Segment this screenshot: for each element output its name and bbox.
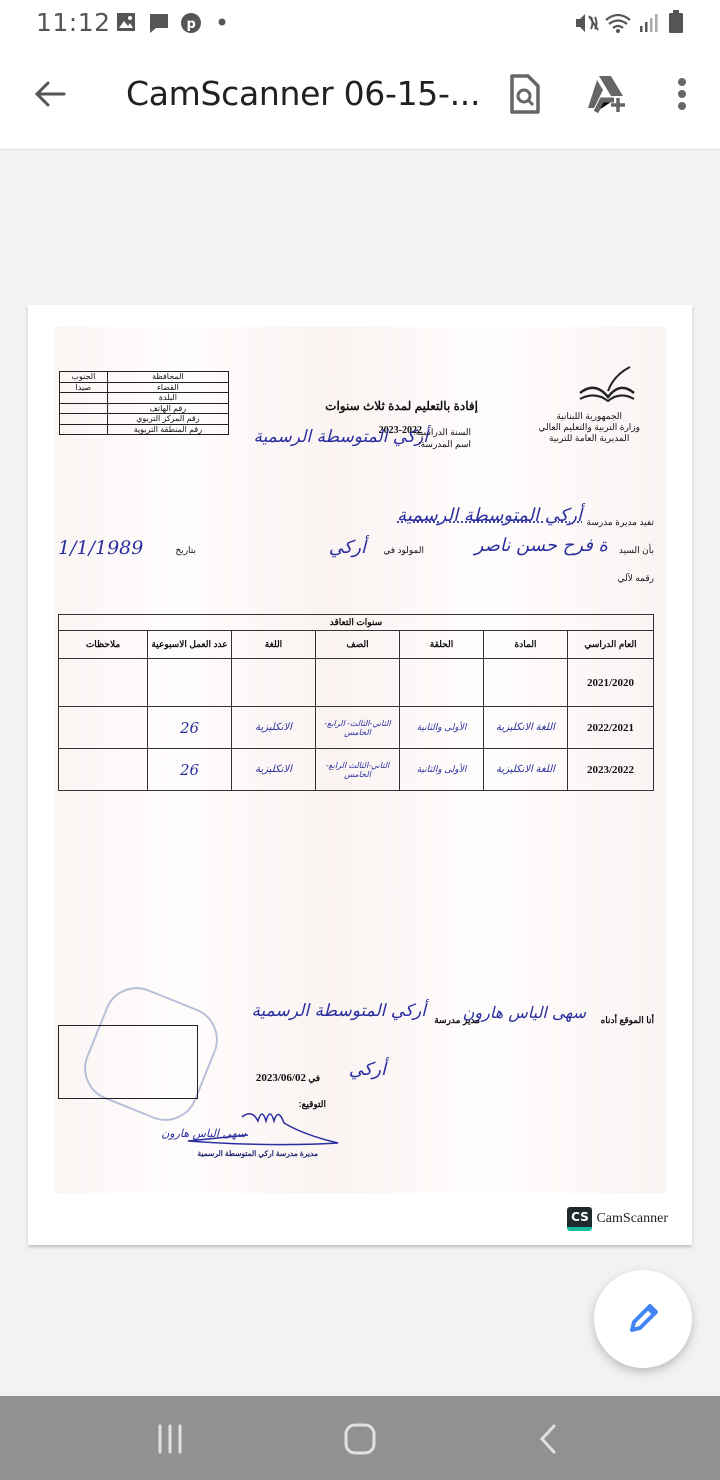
- edit-fab-button[interactable]: [594, 1270, 692, 1368]
- cell-language: الانكليزية: [232, 707, 316, 749]
- camscanner-logo-icon: CS: [567, 1207, 592, 1231]
- signer-label: أنا الموقع أدناه: [601, 1015, 654, 1026]
- born-in-label: المولود في: [383, 545, 424, 556]
- director-label: مدير مدرسة: [434, 1015, 480, 1026]
- col-header: اللغة: [232, 631, 316, 659]
- cell-language: [232, 659, 316, 707]
- col-header: عدد العمل الاسبوعية: [148, 631, 232, 659]
- status-time: 11:12: [36, 8, 111, 37]
- home-icon[interactable]: [342, 1422, 378, 1456]
- signature-scribble: [182, 1099, 372, 1149]
- cell-hours: 26: [148, 707, 232, 749]
- certificate-title: إفادة بالتعليم لمدة ثلاث سنوات: [325, 399, 478, 413]
- cell-year: 2023/2022: [568, 749, 654, 791]
- date-label: بتاريخ: [175, 545, 196, 556]
- info-value: [60, 424, 108, 435]
- cell-notes: [59, 707, 148, 749]
- mute-vibrate-icon: [574, 12, 600, 34]
- col-header: المادة: [484, 631, 568, 659]
- document-title: CamScanner 06-15-...: [126, 74, 480, 113]
- nav-back-icon[interactable]: [532, 1422, 562, 1456]
- signal-icon: [638, 12, 660, 34]
- cell-class: [316, 659, 400, 707]
- ministry-line-1: الجمهورية اللبنانية: [538, 411, 640, 422]
- cell-cycle: الأولى والثانية: [400, 707, 484, 749]
- ministry-logo-icon: [570, 365, 640, 405]
- wifi-icon: [604, 12, 632, 34]
- signature-title: مديرة مدرسة اركي المتوسطة الرسمية: [197, 1149, 318, 1158]
- table-row: 2023/2022 اللغة الانكليزية الأولى والثان…: [59, 749, 654, 791]
- document-viewer[interactable]: الجمهورية اللبنانية وزارة التربية والتعل…: [0, 151, 720, 1396]
- cell-class: الثاني-الثالث- الرابع-الخامس: [316, 707, 400, 749]
- place-value: أركي: [349, 1059, 386, 1080]
- contract-years-table: سنوات التعاقد العام الدراسي المادة الحلق…: [58, 614, 654, 791]
- cell-subject: [484, 659, 568, 707]
- info-label: المحافظة: [107, 372, 228, 383]
- status-bar: 11:12 p: [0, 0, 720, 46]
- battery-icon: [668, 10, 684, 34]
- ministry-header: الجمهورية اللبنانية وزارة التربية والتعل…: [538, 411, 640, 444]
- cell-hours: 26: [148, 749, 232, 791]
- info-value: [60, 414, 108, 425]
- gallery-icon: [116, 12, 136, 32]
- cell-hours: [148, 659, 232, 707]
- document-page: الجمهورية اللبنانية وزارة التربية والتعل…: [28, 305, 692, 1245]
- signer-value: سهى الياس هارون: [463, 1003, 586, 1022]
- table-title: سنوات التعاقد: [59, 615, 654, 631]
- cell-cycle: [400, 659, 484, 707]
- table-row: 2022/2021 اللغة الانكليزية الأولى والثان…: [59, 707, 654, 749]
- cell-year: 2022/2021: [568, 707, 654, 749]
- svg-text:p: p: [187, 17, 196, 32]
- col-header: الصف: [316, 631, 400, 659]
- info-value: صيدا: [60, 382, 108, 393]
- info-value: [60, 393, 108, 404]
- pinterest-icon: p: [180, 12, 202, 34]
- ministry-line-3: المديرية العامة للتربية: [538, 433, 640, 444]
- ministry-line-2: وزارة التربية والتعليم العالي: [538, 422, 640, 433]
- footer-date-label: في: [308, 1073, 320, 1084]
- info-value: الجنوب: [60, 372, 108, 383]
- camscanner-text: CamScanner: [596, 1211, 668, 1227]
- birth-date-value: 1/1/1989: [58, 537, 143, 559]
- camscanner-watermark: CS CamScanner: [567, 1207, 668, 1231]
- cell-cycle: الأولى والثانية: [400, 749, 484, 791]
- col-header: ملاحظات: [59, 631, 148, 659]
- info-value: [60, 403, 108, 414]
- cell-class: الثاني-الثالث الرابع-الخامس: [316, 749, 400, 791]
- line2-label: بأن السيد: [619, 545, 654, 556]
- cell-year: 2021/2020: [568, 659, 654, 707]
- footer-date-value: 2023/06/02: [256, 1072, 306, 1084]
- info-label: البلدة: [107, 393, 228, 404]
- info-label: رقم المركز التربوي: [107, 414, 228, 425]
- more-vert-icon[interactable]: [660, 70, 704, 118]
- cell-notes: [59, 749, 148, 791]
- info-label: رقم الهاتف: [107, 403, 228, 414]
- signature-name: سهى الياس هارون: [161, 1127, 246, 1140]
- born-in-value: أركي: [329, 537, 366, 558]
- col-header: الحلقة: [400, 631, 484, 659]
- line2-value: ة فرح حسن ناصر: [475, 535, 608, 556]
- cell-subject: اللغة الانكليزية: [484, 707, 568, 749]
- info-label: رقم المنطقة التربوية: [107, 424, 228, 435]
- dot-icon: [218, 18, 226, 26]
- info-label: القضاء: [107, 382, 228, 393]
- drive-add-icon[interactable]: [584, 70, 628, 118]
- location-info-table: المحافظةالجنوب القضاءصيدا البلدة رقم اله…: [59, 371, 229, 435]
- system-nav-bar: [0, 1396, 720, 1480]
- edit-pencil-icon: [624, 1300, 662, 1338]
- recent-apps-icon[interactable]: [156, 1422, 188, 1456]
- table-row: 2021/2020: [59, 659, 654, 707]
- registry-label: رقمه لآلي: [617, 573, 654, 584]
- line1-value: أركي المتوسطة الرسمية: [397, 505, 582, 526]
- director-school-value: أركي المتوسطة الرسمية: [251, 1001, 426, 1021]
- col-header: العام الدراسي: [568, 631, 654, 659]
- app-bar: CamScanner 06-15-...: [0, 46, 720, 150]
- cell-subject: اللغة الانكليزية: [484, 749, 568, 791]
- scanned-certificate: الجمهورية اللبنانية وزارة التربية والتعل…: [54, 327, 666, 1193]
- cell-language: الانكليزية: [232, 749, 316, 791]
- message-icon: [148, 12, 170, 34]
- school-name-value: أركي المتوسطة الرسمية: [253, 427, 428, 447]
- back-arrow-icon[interactable]: [30, 74, 70, 114]
- cell-notes: [59, 659, 148, 707]
- line1-label: تفيد مديرة مدرسة: [587, 517, 655, 528]
- stamp-box: [58, 1025, 198, 1099]
- document-search-icon[interactable]: [502, 70, 546, 118]
